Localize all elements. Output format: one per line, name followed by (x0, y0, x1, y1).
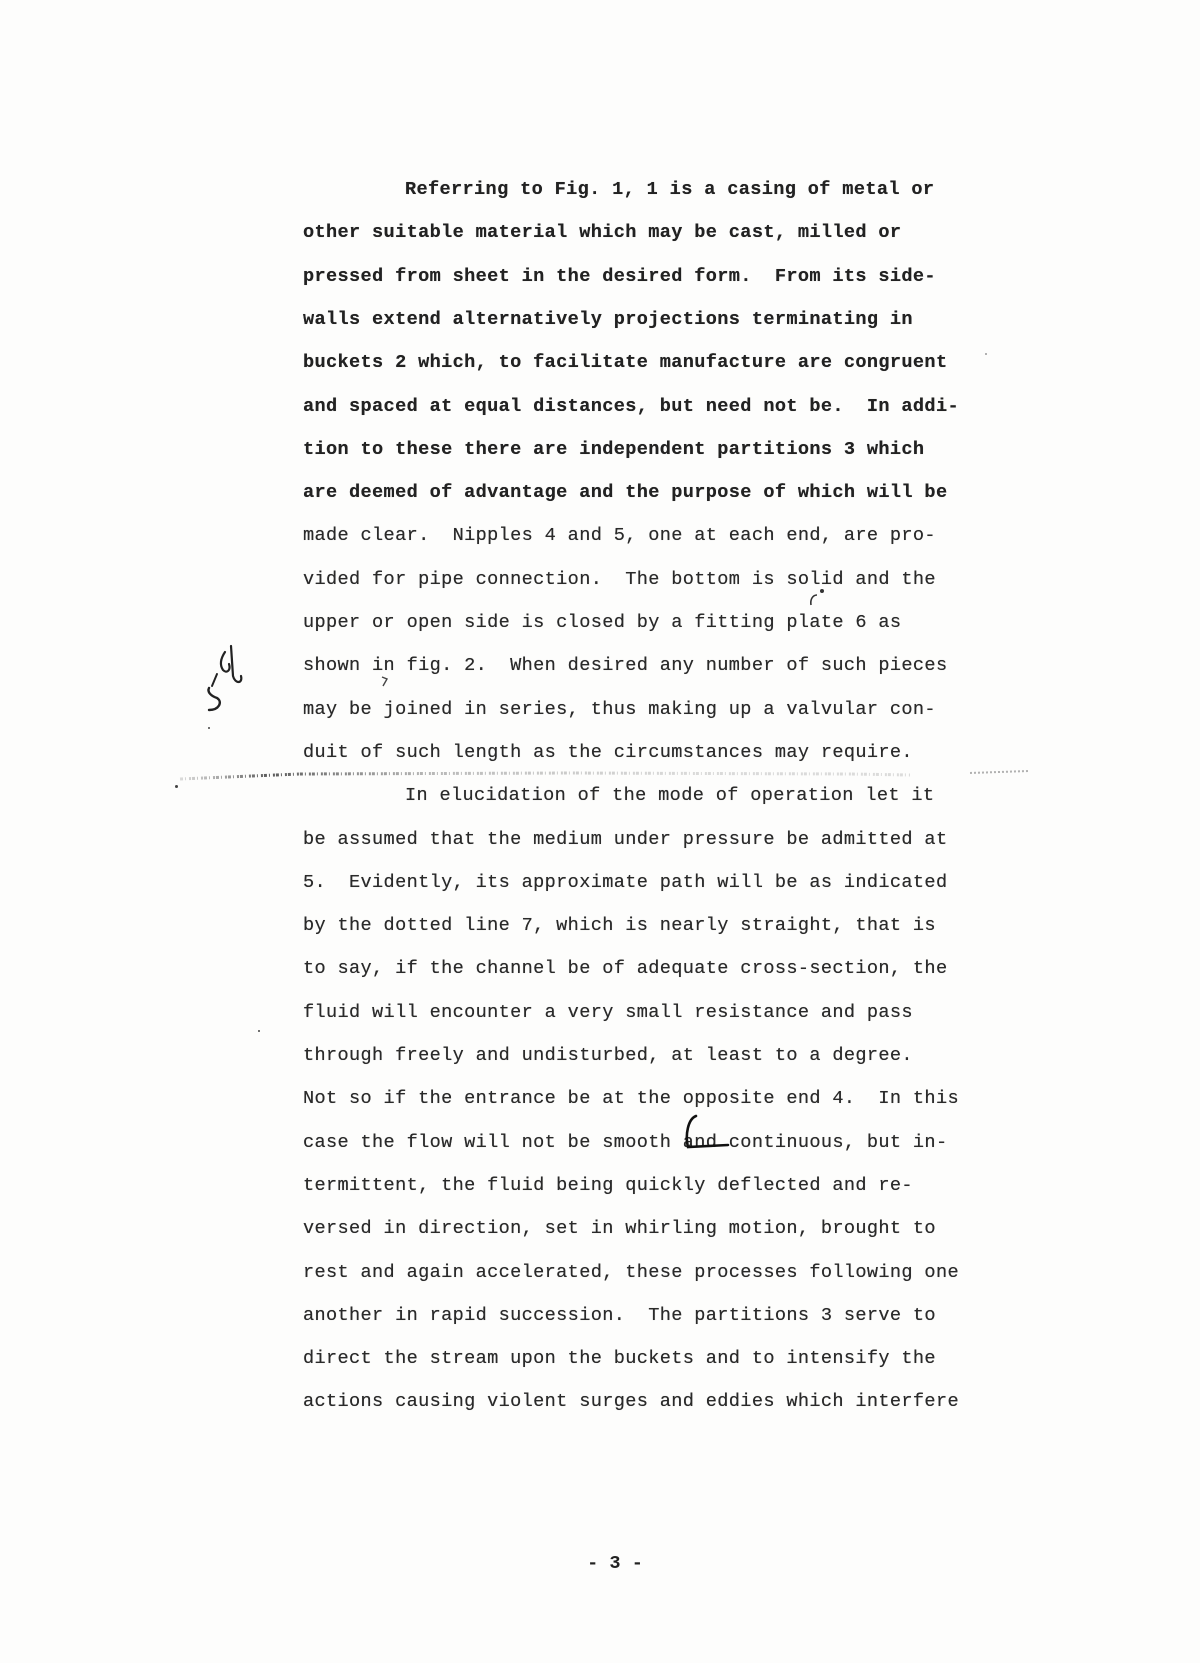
text-line: pressed from sheet in the desired form. … (303, 265, 936, 289)
document-page: Referring to Fig. 1, 1 is a casing of me… (0, 0, 1200, 1663)
text-line: may be joined in series, thus making up … (303, 698, 936, 722)
text-line: tion to these there are independent part… (303, 438, 924, 462)
text-line: through freely and undisturbed, at least… (303, 1044, 913, 1068)
text-line: fluid will encounter a very small resist… (303, 1001, 913, 1025)
text-line: Referring to Fig. 1, 1 is a casing of me… (405, 178, 934, 202)
scan-speck (208, 727, 210, 729)
text-line: upper or open side is closed by a fittin… (303, 611, 901, 635)
text-line: actions causing violent surges and eddie… (303, 1390, 959, 1414)
text-line: and spaced at equal distances, but need … (303, 395, 959, 419)
text-line: shown in fig. 2. When desired any number… (303, 654, 947, 678)
text-line: case the flow will not be smooth and con… (303, 1131, 947, 1155)
text-line: duit of such length as the circumstances… (303, 741, 913, 765)
text-line: walls extend alternatively projections t… (303, 308, 913, 332)
text-line: termittent, the fluid being quickly defl… (303, 1174, 913, 1198)
page-number: - 3 - (0, 1553, 1200, 1574)
text-line: buckets 2 which, to facilitate manufactu… (303, 351, 947, 375)
text-line: Not so if the entrance be at the opposit… (303, 1087, 959, 1111)
text-line: other suitable material which may be cas… (303, 221, 901, 245)
text-line: another in rapid succession. The partiti… (303, 1304, 936, 1328)
scan-speck (258, 1030, 260, 1032)
text-line: versed in direction, set in whirling mot… (303, 1217, 936, 1241)
text-line: vided for pipe connection. The bottom is… (303, 568, 936, 592)
text-line: to say, if the channel be of adequate cr… (303, 957, 947, 981)
scan-speck (175, 785, 178, 788)
text-line: are deemed of advantage and the purpose … (303, 481, 947, 505)
text-line: rest and again accelerated, these proces… (303, 1261, 959, 1285)
text-line: In elucidation of the mode of operation … (405, 784, 934, 808)
text-line: be assumed that the medium under pressur… (303, 828, 947, 852)
text-line: made clear. Nipples 4 and 5, one at each… (303, 524, 936, 548)
scan-streak-artifact (150, 765, 1030, 785)
handwritten-margin-mark-icon (195, 640, 265, 720)
scan-speck (985, 353, 987, 355)
text-line: by the dotted line 7, which is nearly st… (303, 914, 936, 938)
text-line: direct the stream upon the buckets and t… (303, 1347, 936, 1371)
text-line: 5. Evidently, its approximate path will … (303, 871, 947, 895)
